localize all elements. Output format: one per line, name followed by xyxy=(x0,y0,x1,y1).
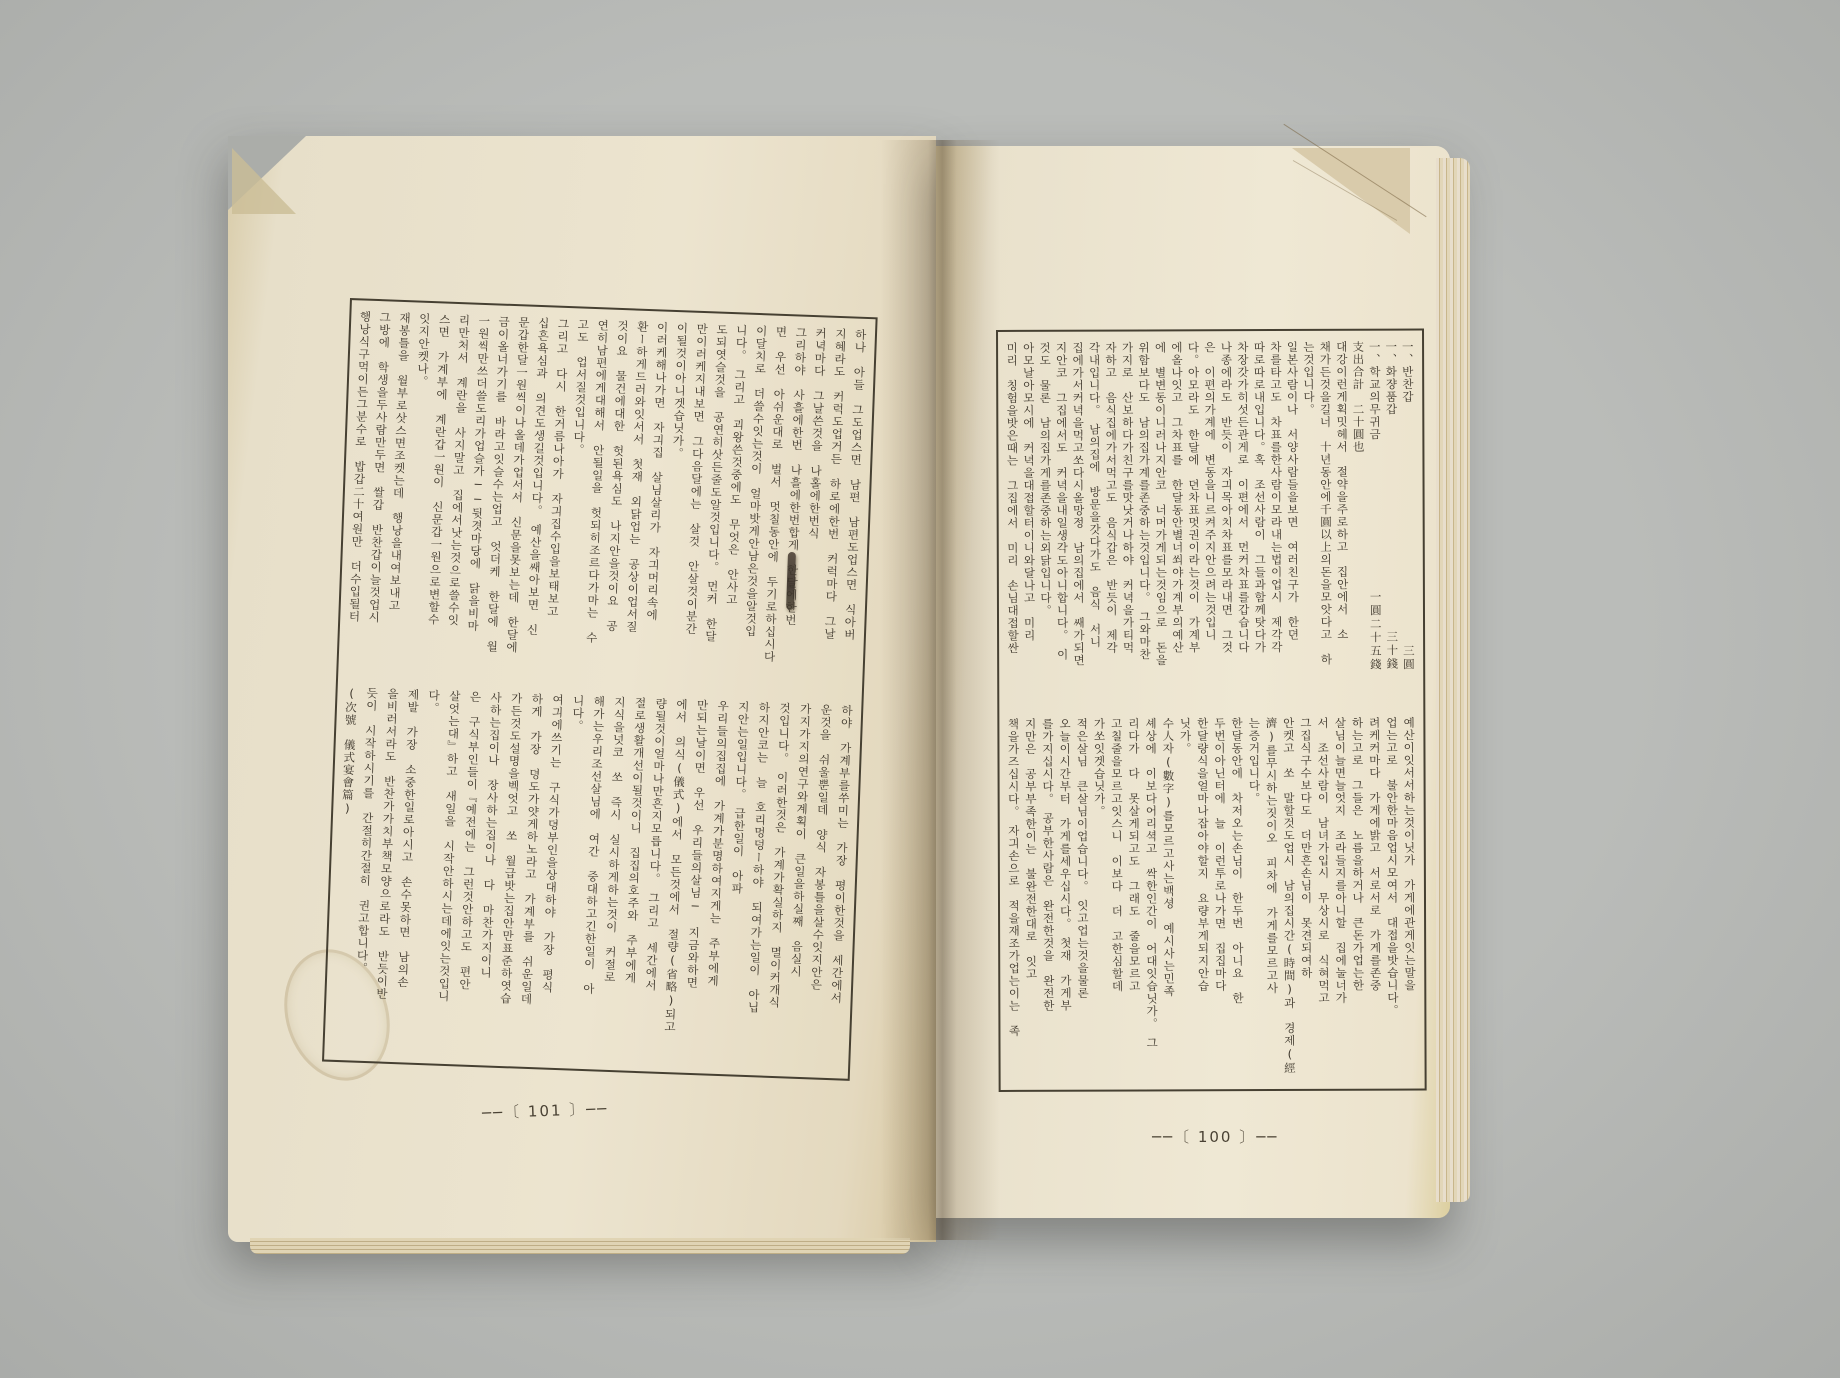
text-column: 것입니다。 이러한것은 가계가확실하지 멸이커개식 xyxy=(766,702,791,1066)
text-column: 를가지십시다。 공부한사람은 완전한것을 완전한 xyxy=(1042,718,1055,1080)
text-column: 두번이아닌터에 늘 이런투로나가면 집집마다 xyxy=(1214,717,1227,1079)
text-column: 미리 칭험을밧은때는 그집에서 미리 손님대접할싼 xyxy=(1006,342,1019,694)
text-column: 만되는날이면 우선 우리들의살님─ 지금와하면 xyxy=(683,699,708,1063)
text-column: 아모날아모시에 커녁을대접할터이니와달나고 미리 xyxy=(1023,342,1036,694)
text-column: 에올나잇고 그차표를 한달동안별너쐬야가계부의예산 xyxy=(1171,341,1184,693)
right-page-lower-section: 예산이잇서서하는것이닛가 가게에관게잇는말을업는고로 불안한마음업시모여서 대접… xyxy=(1007,717,1416,1080)
text-column: 가쏘잇겟습닛가。 xyxy=(1093,718,1106,1080)
text-column: 살엇는대』하고 새일을 시작안하시는데에잇는것입니 xyxy=(436,690,461,1054)
text-column: 집에가서커녁을먹고쏘다시올망정 남의집에서 쌔가되면 xyxy=(1072,342,1085,694)
expense-item-label: 一、학교의무귀금 xyxy=(1369,341,1381,441)
text-column: 살님이늘면늘엇지 조라들지를아니할 집에눌너가 xyxy=(1334,717,1347,1079)
left-page-text-frame: 하나 아들 그도업스면 남편 남편도업스면 식아버지혜라도 커럭도업거든 하로에… xyxy=(322,298,878,1081)
left-page-lower-section: 하야 가계부를쑤미는 가장 평이한것을 세간에서운것을 쉬울뿐일데 양식 자봉틀… xyxy=(332,686,853,1068)
expense-item-price: 一圓二十五錢 xyxy=(1370,591,1382,672)
crease-fold-right-corner xyxy=(1292,148,1410,234)
text-column: 은 구식부인들이『예전에는 그런것안하고도 편안 xyxy=(456,691,481,1055)
text-column: 오늘이시간부터 가게를세우십시다。 첫재 가게부 xyxy=(1059,718,1072,1080)
text-column: 하지안코는 늘 호리멍덩ー하야 되여가는일이 아닙 xyxy=(745,701,770,1065)
text-column: 하는고로 그들은 노름을하거나 큰돈가업는한 xyxy=(1351,717,1364,1079)
text-column: 닛가。 xyxy=(1179,717,1192,1079)
text-column: 적은살님 큰살님이업습니다。 잇고업는것을물론 xyxy=(1076,718,1089,1080)
text-column: 해가는우리조선살님에 여간 중대하고긴한일이 아 xyxy=(580,695,605,1059)
text-column: 운것을 쉬울뿐일데 양식 자봉틀을살수잇지안은 xyxy=(807,704,832,1068)
text-column: 는증거입니다。 xyxy=(1248,717,1261,1079)
right-page-upper-section: 一、반찬갑三圓一、화쟝품갑三十錢一、학교의무귀금一圓二十五錢支出合計 二十圓也대… xyxy=(1006,341,1415,694)
text-column: 나종에라도 반듯이 자긔목아치차표를모라내면 그것 xyxy=(1220,341,1233,693)
text-column: 濟)를무시하는짓이오 피차에 가게를모르고사 xyxy=(1265,717,1278,1079)
dog-ear-underfold xyxy=(232,148,296,214)
expense-item-column: 一、학교의무귀금一圓二十五錢 xyxy=(1369,341,1382,672)
text-column: 는것입니다。 xyxy=(1303,341,1316,693)
text-column: 에 별변동이니러나지안코 너머가게되는것임으로 돈을 xyxy=(1154,341,1167,693)
text-column: 셰상에 이보다어리셕고 싹한인간이 어대잇습닛가。 그 xyxy=(1145,717,1158,1079)
text-column: 절로생활개선이될것이니 집집의호주와 주부에게 xyxy=(621,697,646,1061)
expense-item-price: 三十錢 xyxy=(1386,631,1398,672)
text-column: 업는고로 불안한마음업시모여서 대접을밧습니다。 xyxy=(1386,717,1399,1079)
page-number-100: ──〔 100 〕── xyxy=(1152,1126,1278,1147)
text-column: 한달량식을얼마나잡아야할지 요량부게되지안습 xyxy=(1197,717,1210,1079)
text-column: 제발 가장 소중한일로아시고 손수못하면 남의손 xyxy=(394,688,419,1052)
text-column: 니다。 xyxy=(560,694,585,1058)
text-column: 수人자(數字)를모르고사는백셩 예시사는민족 xyxy=(1162,717,1175,1079)
text-column: 우리들의집집에 가계가분명하여지게는 주부에게 xyxy=(704,700,729,1064)
text-column: 각내입니다。 남의집에 방문을갓다가도 음식 서니 xyxy=(1088,342,1101,694)
text-column: 것도 물론 남의집가게를존중하는외닭입니다。 xyxy=(1039,342,1052,694)
text-column: 대강이런게획밋헤서 절약을주로하고 집안에서 소 xyxy=(1336,341,1349,693)
photo-of-open-book: 하나 아들 그도업스면 남편 남편도업스면 식아버지혜라도 커럭도업거든 하로에… xyxy=(0,0,1840,1378)
left-page-upper-section: 하나 아들 그도업스면 남편 남편도업스면 식아버지혜라도 커럭도업거든 하로에… xyxy=(347,310,868,680)
text-column: 하야 가계부를쑤미는 가장 평이한것을 세간에서 xyxy=(828,704,853,1068)
text-column: 을비러서라도 반찬가가치부책모양으로라도 반듯이반 xyxy=(374,688,399,1052)
text-column: 일본사람이나 서양사람들을보면 여러친구가 한뎐 xyxy=(1286,341,1299,693)
text-column: 은 이편의가계에 변동을니르켜주지안으려는것입니 xyxy=(1204,341,1217,693)
text-column: 가지로 산보하다가친구를맛낫거나하야 커녁을가티먹 xyxy=(1121,342,1134,694)
text-column: 고칠줄을모르고잇스니 이보다 더 고한심할데 xyxy=(1111,718,1124,1080)
page-number-101: ──〔 101 〕── xyxy=(482,1098,609,1123)
page-edges-bottom xyxy=(250,1238,910,1254)
text-column: 위함보다도 남의집가계를존중하는것입니다。 그와마찬 xyxy=(1138,341,1151,693)
text-column: 에서 의식(儀式)에서 모든것에서 절량(省略)되고 xyxy=(663,698,688,1062)
text-column: 支出合計 二十圓也 xyxy=(1352,341,1365,693)
text-column: 지식을넛코 쏘 즉시 실시하게하는것이 커절로 xyxy=(601,696,626,1060)
right-page-text-frame: 一、반찬갑三圓一、화쟝품갑三十錢一、학교의무귀금一圓二十五錢支出合計 二十圓也대… xyxy=(996,329,1427,1092)
text-column: 다。아모라도 한달에 뎐차표멋권이라는것이 가계부 xyxy=(1187,341,1200,693)
text-column: 서 조선사람이 남녀가입시 무상시로 식혀먹고 xyxy=(1317,717,1330,1079)
text-column: 그집식구수보다도 더만흔손님이 못견되여하 xyxy=(1300,717,1313,1079)
expense-item-label: 一、화쟝품갑 xyxy=(1385,341,1397,416)
text-column: (次號 儀式宴會篇) xyxy=(332,686,357,1050)
text-column: 지안코 그집에서도 커녁을내일생각도아니합니다。 이 xyxy=(1055,342,1068,694)
text-column: 가지가지의연구와계획이 큰일을하실째 음실시 xyxy=(787,703,812,1067)
expense-item-label: 一、반찬갑 xyxy=(1402,341,1414,404)
text-column: 차를타고도 차표를한사람이모라내는법이업시 제각각 xyxy=(1270,341,1283,693)
text-column: 지만은 공부부족한이는 불완전한대로 잇고 xyxy=(1025,718,1038,1080)
expense-item-column: 一、반찬갑三圓 xyxy=(1402,341,1415,672)
expense-item-column: 一、화쟝품갑三十錢 xyxy=(1385,341,1398,672)
text-column: 예산이잇서서하는것이닛가 가게에관게잇는말을 xyxy=(1403,717,1416,1079)
text-column: 책을가즈십시다。 자긔손으로 적을재조가업는이는 족 xyxy=(1007,718,1020,1080)
text-column: 리다가 다 못살게되고도 그래도 줄을모르고 xyxy=(1128,718,1141,1080)
text-column: 여긔에쓰기는 구식가뎡부인을상대하야 가장 평식 xyxy=(539,694,564,1058)
text-column: 차장갓가히섯든관게로 이편에서 먼커차표를갑습니다 xyxy=(1237,341,1250,693)
text-column: 채가든것을길너 十년동안에千圓以上의돈을모앗다고 하 xyxy=(1319,341,1332,693)
text-column: 한달동안에 차저오는손님이 한두번 아니요 한 xyxy=(1231,717,1244,1079)
text-column: 하게 가장 뎡도가얏게하노라고 가계부를 쉬운일데 xyxy=(518,693,543,1057)
text-column: 자하고 음식집에가서먹고도 음식갑은 반듯이 제각 xyxy=(1105,342,1118,694)
page-edges-right xyxy=(1436,158,1470,1202)
text-column: 안켓고 쏘 말할것도업시 남의집시간(時間)과 경제(經 xyxy=(1283,717,1296,1079)
text-column: 따로따로내입니다。혹 조선사람이 그들과함께탓다가 xyxy=(1253,341,1266,693)
expense-item-price: 三圓 xyxy=(1403,644,1415,671)
text-column: 려케커마다 가게에밝고 서로서로 가게를존중 xyxy=(1369,717,1382,1079)
